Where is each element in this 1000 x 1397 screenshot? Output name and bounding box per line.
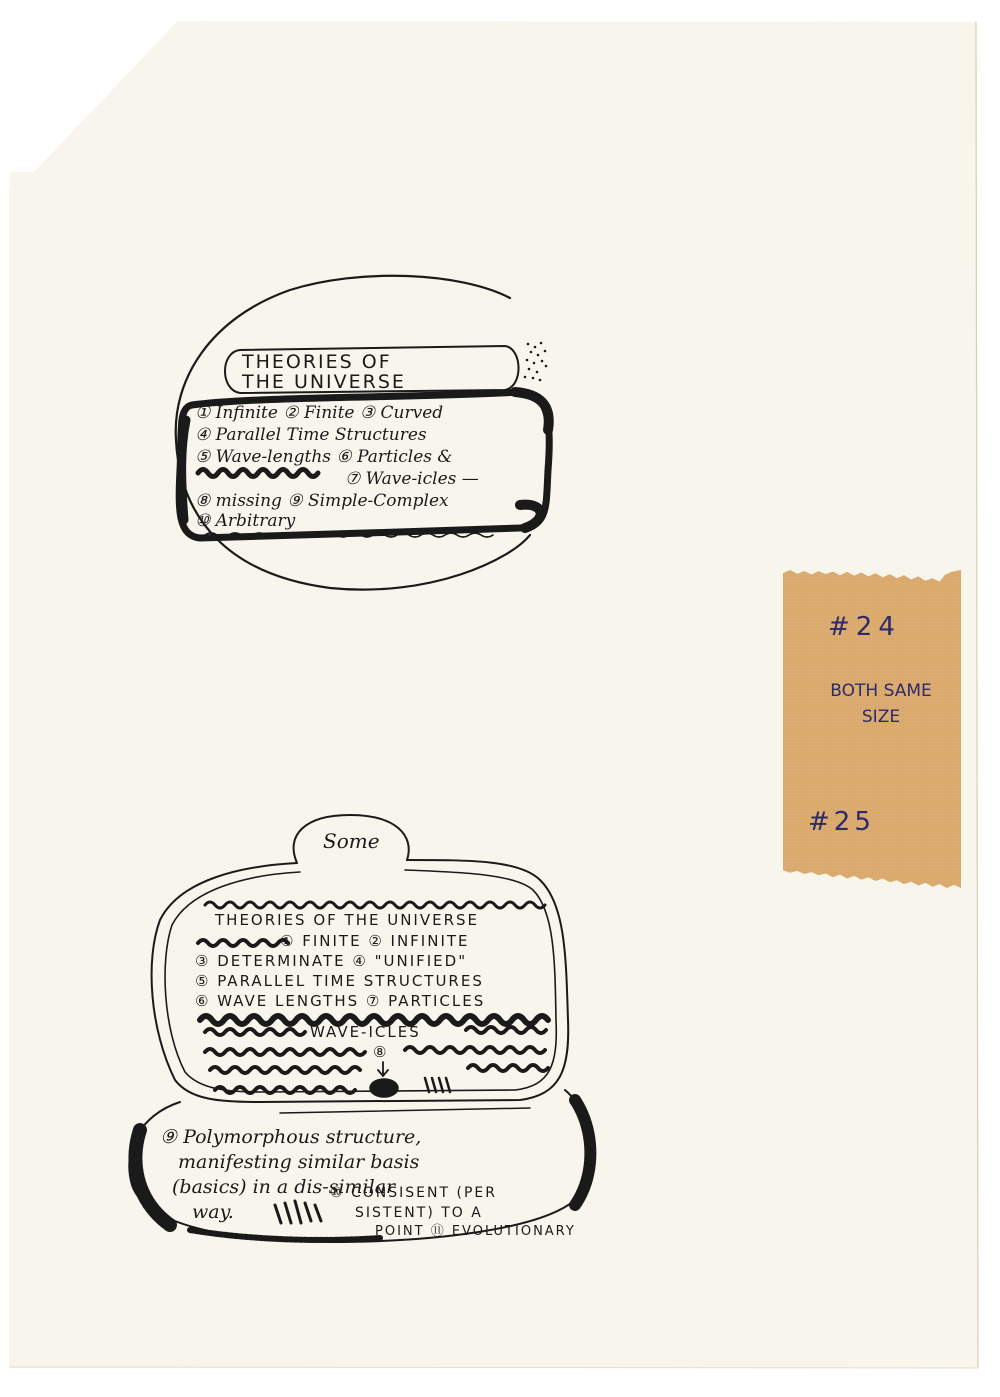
upper-list-line-1: ① Infinite ② Finite ③ Curved bbox=[195, 403, 443, 423]
upper-title-line1: THEORIES OF bbox=[241, 351, 392, 373]
tape-number-bottom: #25 bbox=[808, 807, 875, 837]
lower-base-caps-1: ⑩ CONSISENT (PER bbox=[330, 1185, 497, 1201]
upper-list-line-5: ⑧ missing ⑨ Simple-Complex bbox=[195, 491, 449, 511]
masking-tape-note: #24 BOTH SAME SIZE #25 bbox=[783, 570, 961, 888]
paper-sheet: THEORIES OF THE UNIVERSE ① Infinite ② Fi… bbox=[0, 0, 1000, 1397]
lower-line-1: THEORIES OF THE UNIVERSE bbox=[214, 911, 479, 929]
upper-list-line-2: ④ Parallel Time Structures bbox=[195, 425, 427, 445]
tape-note-line-1: BOTH SAME bbox=[816, 678, 946, 704]
lower-base-line-2: manifesting similar basis bbox=[178, 1151, 420, 1173]
lower-base-line-1: ⑨ Polymorphous structure, bbox=[160, 1126, 421, 1148]
upper-list-line-4: ⑦ Wave-icles — bbox=[345, 469, 479, 489]
filled-oval-mark bbox=[370, 1079, 398, 1097]
tape-note-text: BOTH SAME SIZE bbox=[816, 678, 946, 730]
lower-line-2: ① FINITE ② INFINITE bbox=[280, 932, 470, 950]
lower-line-7: ⑧ bbox=[373, 1043, 388, 1061]
lower-line-6: WAVE-ICLES bbox=[310, 1023, 421, 1041]
lower-cap-label: Some bbox=[323, 829, 380, 853]
lower-base-caps-3: POINT ⑪ EVOLUTIONARY bbox=[375, 1224, 576, 1239]
upper-title-line2: THE UNIVERSE bbox=[241, 371, 406, 393]
upper-box-hatch-left bbox=[182, 420, 186, 520]
lower-base-line-4: way. bbox=[192, 1201, 234, 1223]
upper-list-line-3: ⑤ Wave-lengths ⑥ Particles & bbox=[195, 447, 453, 467]
tape-number-top: #24 bbox=[828, 612, 901, 642]
lower-line-5: ⑥ WAVE LENGTHS ⑦ PARTICLES bbox=[195, 992, 485, 1010]
upper-title: THEORIES OF THE UNIVERSE bbox=[241, 351, 406, 393]
tape-note-line-2: SIZE bbox=[816, 704, 946, 730]
lower-base-caps-2: SISTENT) TO A bbox=[355, 1205, 483, 1221]
upper-list-line-6: ⑩ Arbitrary bbox=[195, 511, 296, 531]
lower-line-4: ⑤ PARALLEL TIME STRUCTURES bbox=[195, 972, 484, 990]
lower-line-3: ③ DETERMINATE ④ "UNIFIED" bbox=[195, 952, 467, 970]
